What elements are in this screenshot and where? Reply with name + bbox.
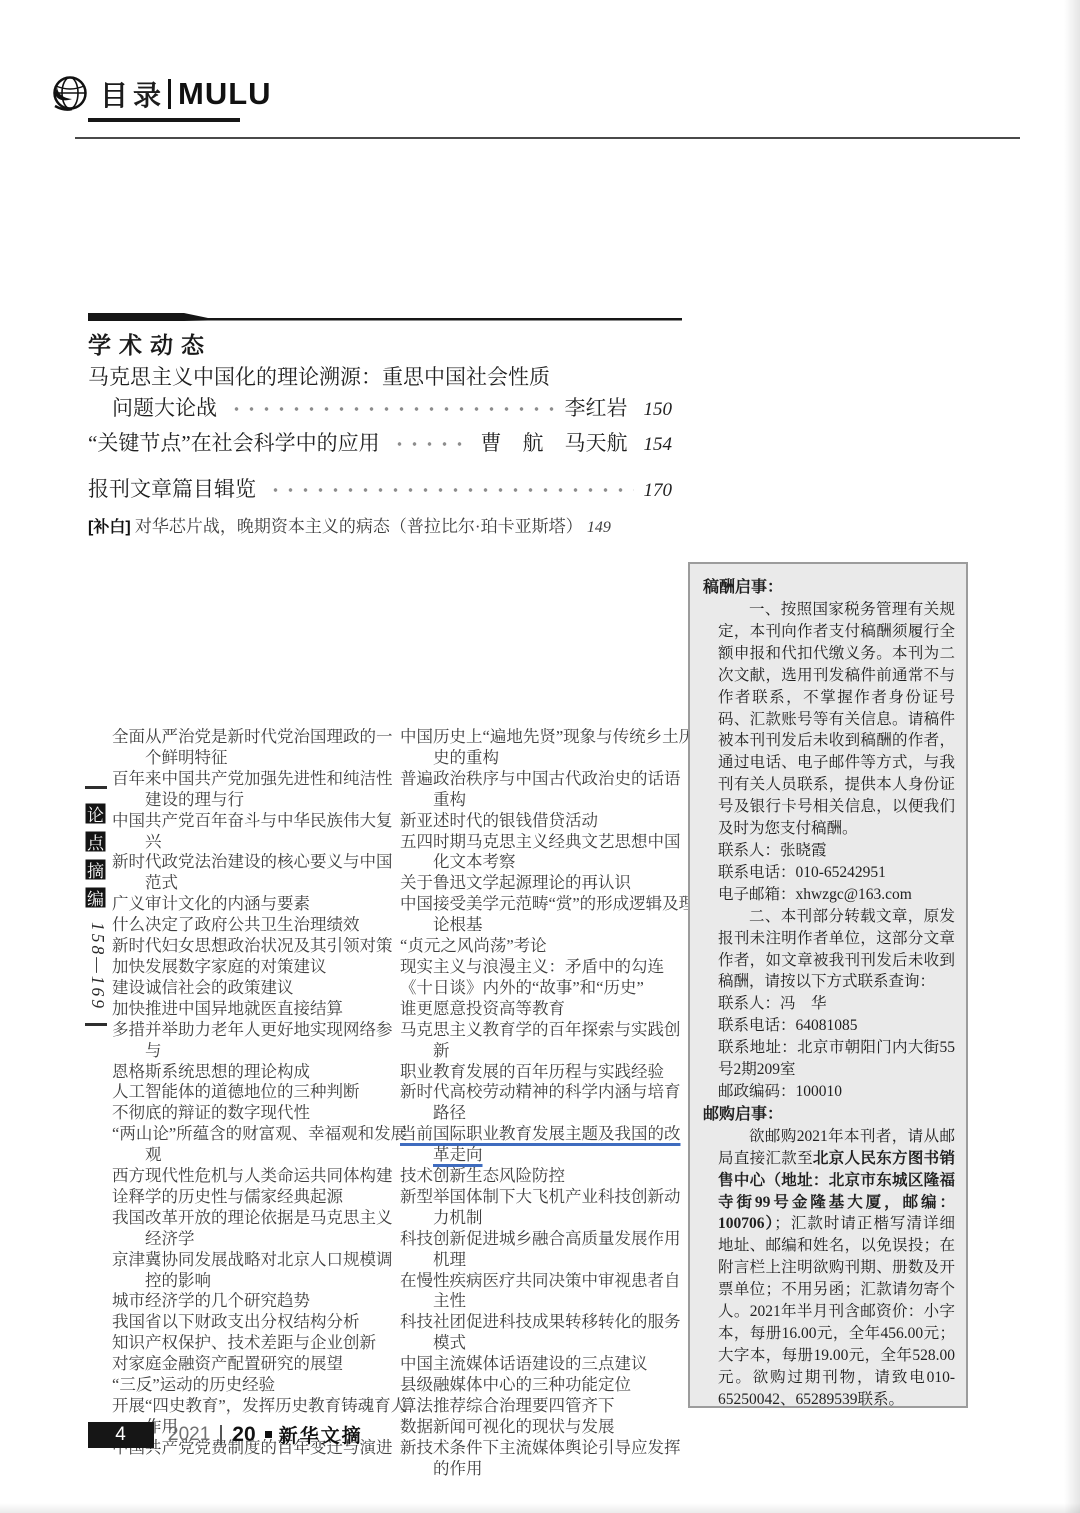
strip-dash-top <box>85 786 107 789</box>
digest-item: 五四时期马克思主义经典文艺思想中国化文本考察 <box>400 832 696 874</box>
digest-item: 中国主流媒体话语建设的三点建议 <box>400 1354 696 1375</box>
digest-item: 加快推进中国异地就医直接结算 <box>112 999 408 1020</box>
article-author: 李红岩 <box>565 393 628 424</box>
digest-list-left: 全面从严治党是新时代党治国理政的一个鲜明特征百年来中国共产党加强先进性和纯洁性建… <box>112 727 408 1459</box>
notice-paragraph: 欲邮购2021年本刊者，请从邮局直接汇款至北京人民东方图书销售中心（地址：北京市… <box>718 1126 955 1408</box>
digest-item: 技术创新生态风险防控 <box>400 1166 696 1187</box>
digest-item: 加快发展数字家庭的对策建议 <box>112 957 408 978</box>
contact-zipcode: 邮政编码：100010 <box>718 1081 955 1103</box>
digest-item: “两山论”所蕴含的财富观、幸福观和发展观 <box>112 1124 408 1166</box>
notice-paragraph: 一、按照国家税务管理有关规定，本刊向作者支付稿酬须履行全额申报和代扣代缴义务。本… <box>718 599 955 840</box>
digest-item: 人工智能体的道德地位的三种判断 <box>112 1082 408 1103</box>
digest-item: 现实主义与浪漫主义：矛盾中的勾连 <box>400 957 696 978</box>
digest-item: 恩格斯系统思想的理论构成 <box>112 1062 408 1083</box>
digest-item: 算法推荐综合治理要四管齐下 <box>400 1396 696 1417</box>
digest-list-right-upper: 中国历史上“遍地先贤”现象与传统乡土历史的重构普遍政治秩序与中国古代政治史的话语… <box>400 727 696 1124</box>
digest-list-right-lower: 技术创新生态风险防控新型举国体制下大飞机产业科技创新动力机制科技创新促进城乡融合… <box>400 1166 696 1480</box>
article-title: “关键节点”在社会科学中的应用 <box>88 428 380 459</box>
digest-item: 诠释学的历史性与儒家经典起源 <box>112 1187 408 1208</box>
article-title-line1: 马克思主义中国化的理论溯源：重思中国社会性质 <box>88 362 672 393</box>
digest-item: 建设诚信社会的政策建议 <box>112 978 408 999</box>
article-page-number: 150 <box>644 394 673 425</box>
article-row: 问题大论战 李红岩 150 <box>88 393 672 425</box>
strip-char-box: 编 <box>84 886 107 909</box>
filler-text: 对华芯片战，晚期资本主义的病态（普拉比尔·珀卡亚斯塔） <box>135 517 583 536</box>
article-row: “关键节点”在社会科学中的应用 曹 航 马天航 154 <box>88 428 672 460</box>
digest-item: 马克思主义教育学的百年探索与实践创新 <box>400 1020 696 1062</box>
section-title: 学术动态 <box>88 327 212 360</box>
digest-item: 我国省以下财政支出分权结构分析 <box>112 1312 408 1333</box>
mailorder-text: ；汇款时请正楷写清详细地址、邮编和姓名，以免误投；在附言栏上注明欲购刊期、册数及… <box>718 1215 955 1407</box>
strip-char-box: 点 <box>84 830 107 853</box>
contact-phone: 联系电话：010-65242951 <box>718 862 955 884</box>
digest-item: 科技社团促进科技成果转移转化的服务模式 <box>400 1312 696 1354</box>
section-strip-lundian-zhaibian: 论 点 摘 编 158—169 <box>84 786 112 1026</box>
digest-item: 我国改革开放的理论依据是马克思主义经济学 <box>112 1208 408 1250</box>
strip-dash-bottom <box>85 1023 107 1026</box>
digest-item: 新时代妇女思想政治状况及其引领对策 <box>112 936 408 957</box>
digest-item: 西方现代性危机与人类命运共同体构建 <box>112 1166 408 1187</box>
digest-item: 对家庭金融资产配置研究的展望 <box>112 1354 408 1375</box>
digest-item: 多措并举助力老年人更好地实现网络参与 <box>112 1020 408 1062</box>
digest-column-right: 中国历史上“遍地先贤”现象与传统乡土历史的重构普遍政治秩序与中国古代政治史的话语… <box>400 727 696 1480</box>
header-rule <box>75 137 1020 139</box>
footer-square-bullet <box>265 1431 272 1438</box>
digest-item: 新技术条件下主流媒体舆论引导应发挥的作用 <box>400 1438 696 1480</box>
article-page-number: 170 <box>644 475 673 506</box>
digest-item: 新时代高校劳动精神的科学内涵与培育路径 <box>400 1082 696 1124</box>
dotted-leader <box>390 439 471 449</box>
toc-label-pinyin: MULU <box>178 76 272 112</box>
digest-item: 新亚述时代的银钱借贷活动 <box>400 811 696 832</box>
digest-item-highlighted: 当前国际职业教育发展主题及我国的改革走向 <box>400 1124 696 1166</box>
contact-email: 电子邮箱：xhwzgc@163.com <box>718 884 955 906</box>
highlighted-text: 当前国际职业教育发展主题及我国的改革走向 <box>400 1124 681 1164</box>
digest-item: 城市经济学的几个研究趋势 <box>112 1291 408 1312</box>
article-title-line2: 问题大论战 <box>88 393 217 424</box>
globe-icon <box>50 74 90 114</box>
digest-item: 数据新闻可视化的现状与发展 <box>400 1417 696 1438</box>
article-page-number: 154 <box>644 429 673 460</box>
digest-item: 什么决定了政府公共卫生治理绩效 <box>112 915 408 936</box>
footer-magazine-name: 新华文摘 <box>279 1421 363 1448</box>
digest-item: 新时代政党法治建设的核心要义与中国范式 <box>112 852 408 894</box>
section-divider-wedge <box>88 313 682 321</box>
digest-item: 关于鲁迅文学起源理论的再认识 <box>400 873 696 894</box>
digest-item: 中国历史上“遍地先贤”现象与传统乡土历史的重构 <box>400 727 696 769</box>
digest-item: 县级融媒体中心的三种功能定位 <box>400 1375 696 1396</box>
digest-item: 京津冀协同发展战略对北京人口规模调控的影响 <box>112 1250 408 1292</box>
page-number-badge: 4 <box>88 1422 154 1448</box>
digest-item: 职业教育发展的百年历程与实践经验 <box>400 1062 696 1083</box>
digest-item: 科技创新促进城乡融合高质量发展作用机理 <box>400 1229 696 1271</box>
digest-item: 中国共产党百年奋斗与中华民族伟大复兴 <box>112 811 408 853</box>
digest-item: 中国接受美学元范畴“赏”的形成逻辑及理论根基 <box>400 894 696 936</box>
digest-item: “贞元之风尚荡”考论 <box>400 936 696 957</box>
magazine-toc-page: 目录 MULU 学术动态 马克思主义中国化的理论溯源：重思中国社会性质 问题大论… <box>0 0 1080 1513</box>
toc-label-chinese: 目录 <box>100 74 166 114</box>
notice-heading-remuneration: 稿酬启事： <box>703 576 955 599</box>
contact-address: 联系地址：北京市朝阳门内大街55号2期209室 <box>718 1037 955 1081</box>
digest-item: 不彻底的辩证的数字现代性 <box>112 1103 408 1124</box>
strip-char-box: 摘 <box>84 858 107 881</box>
filler-label: [补白] <box>88 519 131 536</box>
footer-issue-number: 20 <box>232 1423 255 1447</box>
strip-page-range: 158—169 <box>87 922 108 1011</box>
footer-year: 2021 <box>168 1424 210 1446</box>
notice-body: 欲邮购2021年本刊者，请从邮局直接汇款至北京人民东方图书销售中心（地址：北京市… <box>718 1126 955 1408</box>
notice-body: 一、按照国家税务管理有关规定，本刊向作者支付稿酬须履行全额申报和代扣代缴义务。本… <box>718 599 955 1103</box>
digest-item: 全面从严治党是新时代党治国理政的一个鲜明特征 <box>112 727 408 769</box>
digest-column-left: 全面从严治党是新时代党治国理政的一个鲜明特征百年来中国共产党加强先进性和纯洁性建… <box>112 727 408 1459</box>
notice-paragraph: 二、本刊部分转载文章，原发报刊未注明作者单位，这部分文章作者，如文章被我刊刊发后… <box>718 906 955 994</box>
article-authors: 曹 航 马天航 <box>481 428 628 459</box>
digest-item: 知识产权保护、技术差距与企业创新 <box>112 1333 408 1354</box>
scan-edge-bottom <box>0 1503 1080 1513</box>
page-header: 目录 MULU <box>50 74 272 114</box>
dotted-leader <box>266 485 634 495</box>
digest-item: 在慢性疾病医疗共同决策中审视患者自主性 <box>400 1271 696 1313</box>
toc-academic-list: 马克思主义中国化的理论溯源：重思中国社会性质 问题大论战 李红岩 150 “关键… <box>88 362 672 506</box>
footer-divider <box>220 1425 222 1445</box>
digest-item: 广义审计文化的内涵与要素 <box>112 894 408 915</box>
digest-item: 谁更愿意投资高等教育 <box>400 999 696 1020</box>
notice-box: 稿酬启事： 一、按照国家税务管理有关规定，本刊向作者支付稿酬须履行全额申报和代扣… <box>688 562 968 1408</box>
spacer <box>88 460 672 474</box>
digest-item: 普遍政治秩序与中国古代政治史的话语重构 <box>400 769 696 811</box>
contact-phone: 联系电话：64081085 <box>718 1015 955 1037</box>
header-divider <box>168 79 171 109</box>
notice-heading-mailorder: 邮购启事： <box>703 1103 955 1126</box>
strip-char-box: 论 <box>84 802 107 825</box>
digest-item: 新型举国体制下大飞机产业科技创新动力机制 <box>400 1187 696 1229</box>
page-footer: 4 2021 20 新华文摘 <box>88 1421 363 1448</box>
filler-page-number: 149 <box>587 519 611 536</box>
contact-name: 联系人：张晓霞 <box>718 840 955 862</box>
digest-item: 《十日谈》内外的“故事”和“历史” <box>400 978 696 999</box>
article-title: 报刊文章篇目辑览 <box>88 474 256 505</box>
article-row: 报刊文章篇目辑览 170 <box>88 474 672 506</box>
header-underline <box>88 118 240 122</box>
contact-name: 联系人：冯 华 <box>718 993 955 1015</box>
filler-note: [补白] 对华芯片战，晚期资本主义的病态（普拉比尔·珀卡亚斯塔） 149 <box>88 512 672 537</box>
digest-item: “三反”运动的历史经验 <box>112 1375 408 1396</box>
dotted-leader <box>227 404 555 414</box>
digest-item: 百年来中国共产党加强先进性和纯洁性建设的理与行 <box>112 769 408 811</box>
scan-edge-right <box>1064 0 1080 1513</box>
